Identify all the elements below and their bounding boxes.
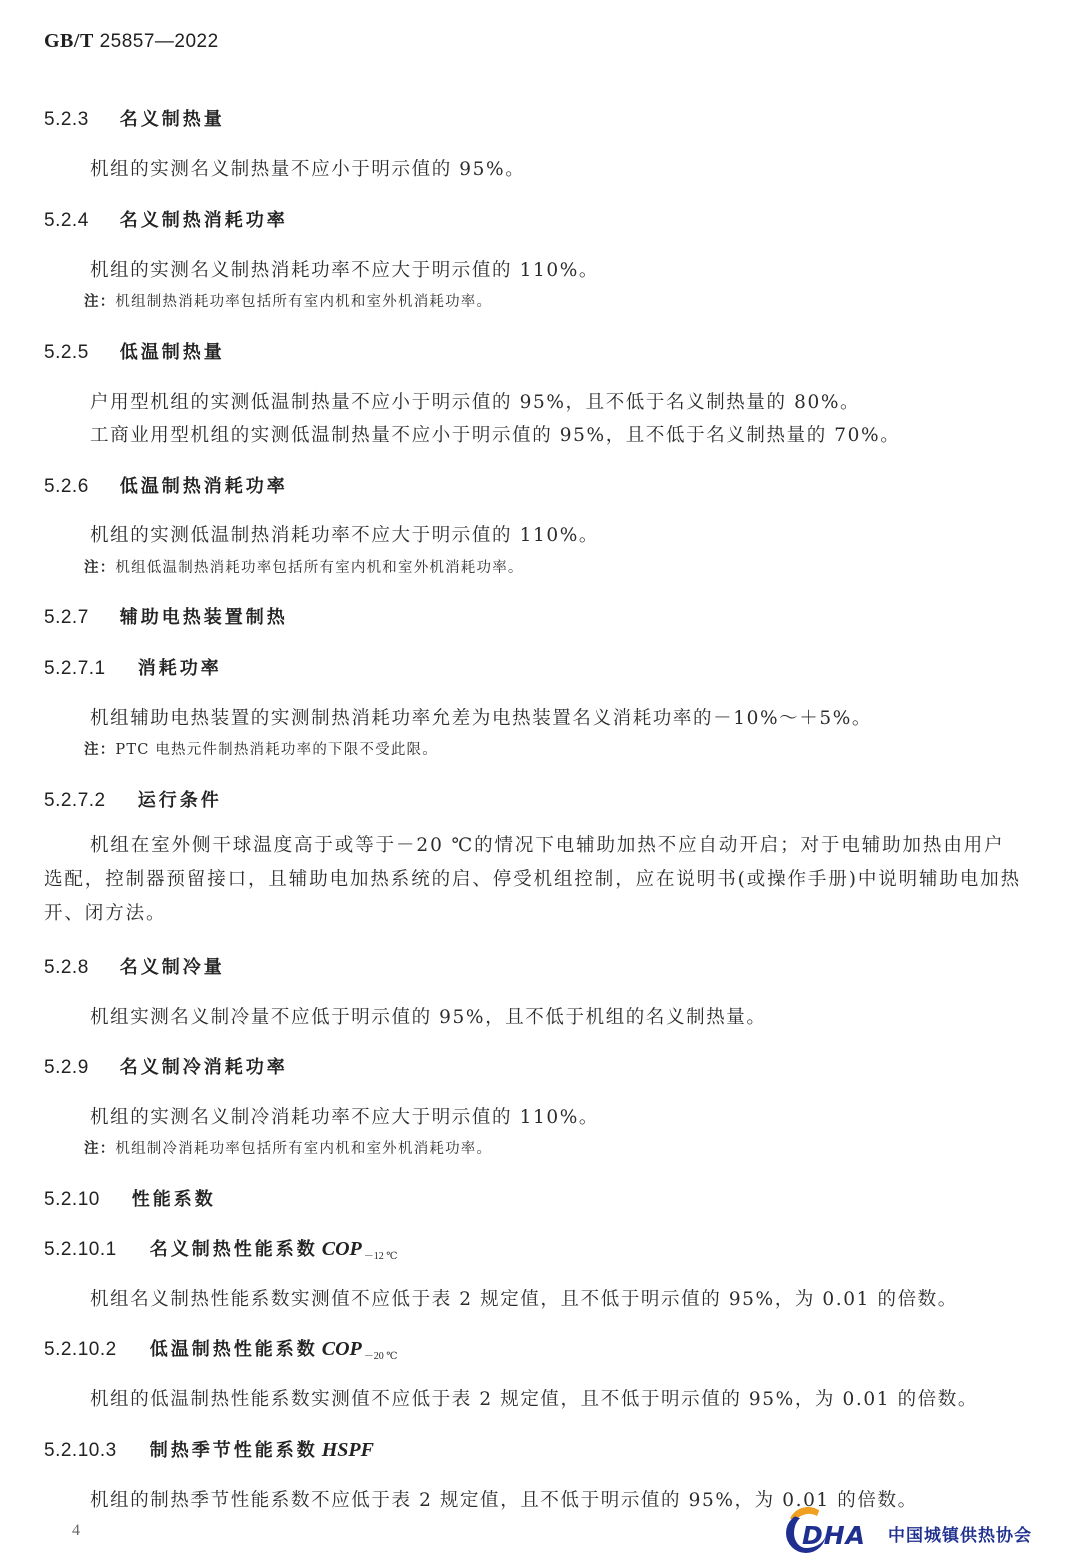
section-heading-5-2-7-2: 5.2.7.2 运行条件 (44, 786, 222, 812)
section-heading-5-2-10-3: 5.2.10.3 制热季节性能系数HSPF (44, 1436, 374, 1462)
page-number: 4 (72, 1522, 80, 1540)
section-title: 名义制冷量 (120, 957, 225, 978)
section-heading-5-2-10-2: 5.2.10.2 低温制热性能系数COP－20 ℃ (44, 1335, 397, 1362)
logo-text: DHA (802, 1521, 866, 1550)
section-heading-5-2-7-1: 5.2.7.1 消耗功率 (44, 654, 222, 680)
section-number: 5.2.8 (44, 957, 114, 979)
section-title: 名义制冷消耗功率 (120, 1057, 288, 1078)
note-label: 注： (84, 1140, 115, 1157)
section-title: 名义制热量 (120, 109, 225, 130)
paragraph-5-2-10-2: 机组的低温制热性能系数实测值不应低于表 2 规定值，且不低于明示值的 95%，为… (90, 1385, 978, 1411)
section-title: 制热季节性能系数 (150, 1440, 318, 1461)
section-number: 5.2.7.2 (44, 790, 132, 812)
section-heading-5-2-10-1: 5.2.10.1 名义制热性能系数COP－12 ℃ (44, 1235, 397, 1262)
paragraph-5-2-6: 机组的实测低温制热消耗功率不应大于明示值的 110%。 (90, 521, 599, 547)
section-number: 5.2.3 (44, 109, 114, 131)
section-title: 低温制热消耗功率 (120, 476, 288, 497)
section-heading-5-2-10: 5.2.10 性能系数 (44, 1185, 216, 1211)
note-5-2-4: 注：机组制热消耗功率包括所有室内机和室外机消耗功率。 (84, 290, 492, 311)
note-5-2-9: 注：机组制冷消耗功率包括所有室内机和室外机消耗功率。 (84, 1137, 492, 1158)
standard-prefix: GB/T (44, 30, 94, 52)
section-number: 5.2.4 (44, 210, 114, 232)
standard-code: GB/T 25857—2022 (44, 30, 219, 53)
cop-symbol: COP (322, 1338, 362, 1360)
section-heading-5-2-5: 5.2.5 低温制热量 (44, 338, 225, 364)
paragraph-5-2-8: 机组实测名义制冷量不应低于明示值的 95%，且不低于机组的名义制热量。 (90, 1003, 767, 1029)
standard-number: 25857—2022 (100, 31, 219, 52)
section-number: 5.2.7 (44, 607, 114, 629)
logo-organization-name: 中国城镇供热协会 (888, 1521, 1032, 1546)
section-number: 5.2.6 (44, 476, 114, 498)
paragraph-5-2-10-1: 机组名义制热性能系数实测值不应低于表 2 规定值，且不低于明示值的 95%，为 … (90, 1285, 958, 1311)
note-text: PTC 电热元件制热消耗功率的下限不受此限。 (115, 742, 438, 758)
note-5-2-6: 注：机组低温制热消耗功率包括所有室内机和室外机消耗功率。 (84, 556, 524, 577)
section-number: 5.2.10 (44, 1189, 126, 1211)
section-title: 性能系数 (132, 1189, 216, 1210)
section-number: 5.2.9 (44, 1057, 114, 1079)
section-title: 低温制热量 (120, 342, 225, 363)
section-number: 5.2.5 (44, 342, 114, 364)
hspf-symbol: HSPF (322, 1439, 374, 1461)
paragraph-5-2-5-commercial: 工商业用型机组的实测低温制热量不应小于明示值的 95%，且不低于名义制热量的 7… (90, 421, 900, 447)
section-number: 5.2.10.3 (44, 1440, 144, 1462)
section-heading-5-2-8: 5.2.8 名义制冷量 (44, 953, 225, 979)
section-number: 5.2.7.1 (44, 658, 132, 680)
paragraph-5-2-7-2: 机组在室外侧干球温度高于或等于－20 ℃的情况下电辅助加热不应自动开启；对于电辅… (44, 829, 1024, 931)
cdha-logo-mark-icon: DHA (786, 1507, 882, 1553)
note-label: 注： (84, 559, 115, 576)
section-title: 消耗功率 (138, 658, 222, 679)
paragraph-5-2-9: 机组的实测名义制冷消耗功率不应大于明示值的 110%。 (90, 1103, 599, 1129)
note-5-2-7-1: 注：PTC 电热元件制热消耗功率的下限不受此限。 (84, 738, 438, 759)
cop-subscript: －12 ℃ (364, 1251, 398, 1262)
section-title: 名义制热消耗功率 (120, 210, 288, 231)
section-title: 低温制热性能系数 (150, 1339, 318, 1360)
cop-symbol: COP (322, 1238, 362, 1260)
section-title: 运行条件 (138, 790, 222, 811)
note-text: 机组制热消耗功率包括所有室内机和室外机消耗功率。 (115, 294, 492, 310)
note-text: 机组低温制热消耗功率包括所有室内机和室外机消耗功率。 (115, 560, 523, 576)
section-heading-5-2-3: 5.2.3 名义制热量 (44, 105, 225, 131)
section-number: 5.2.10.1 (44, 1239, 144, 1261)
note-label: 注： (84, 741, 115, 758)
note-text: 机组制冷消耗功率包括所有室内机和室外机消耗功率。 (115, 1141, 492, 1157)
section-heading-5-2-4: 5.2.4 名义制热消耗功率 (44, 206, 288, 232)
cdha-logo: DHA 中国城镇供热协会 (786, 1505, 1032, 1555)
paragraph-5-2-4: 机组的实测名义制热消耗功率不应大于明示值的 110%。 (90, 256, 599, 282)
cop-subscript: －20 ℃ (364, 1351, 398, 1362)
section-heading-5-2-6: 5.2.6 低温制热消耗功率 (44, 472, 288, 498)
section-heading-5-2-9: 5.2.9 名义制冷消耗功率 (44, 1053, 288, 1079)
section-heading-5-2-7: 5.2.7 辅助电热装置制热 (44, 603, 288, 629)
note-label: 注： (84, 293, 115, 310)
section-title: 辅助电热装置制热 (120, 607, 288, 628)
section-number: 5.2.10.2 (44, 1339, 144, 1361)
paragraph-5-2-5-household: 户用型机组的实测低温制热量不应小于明示值的 95%，且不低于名义制热量的 80%… (90, 388, 860, 414)
section-title: 名义制热性能系数 (150, 1239, 318, 1260)
paragraph-5-2-3: 机组的实测名义制热量不应小于明示值的 95%。 (90, 155, 525, 181)
paragraph-5-2-7-1: 机组辅助电热装置的实测制热消耗功率允差为电热装置名义消耗功率的－10%～＋5%。 (90, 704, 872, 730)
